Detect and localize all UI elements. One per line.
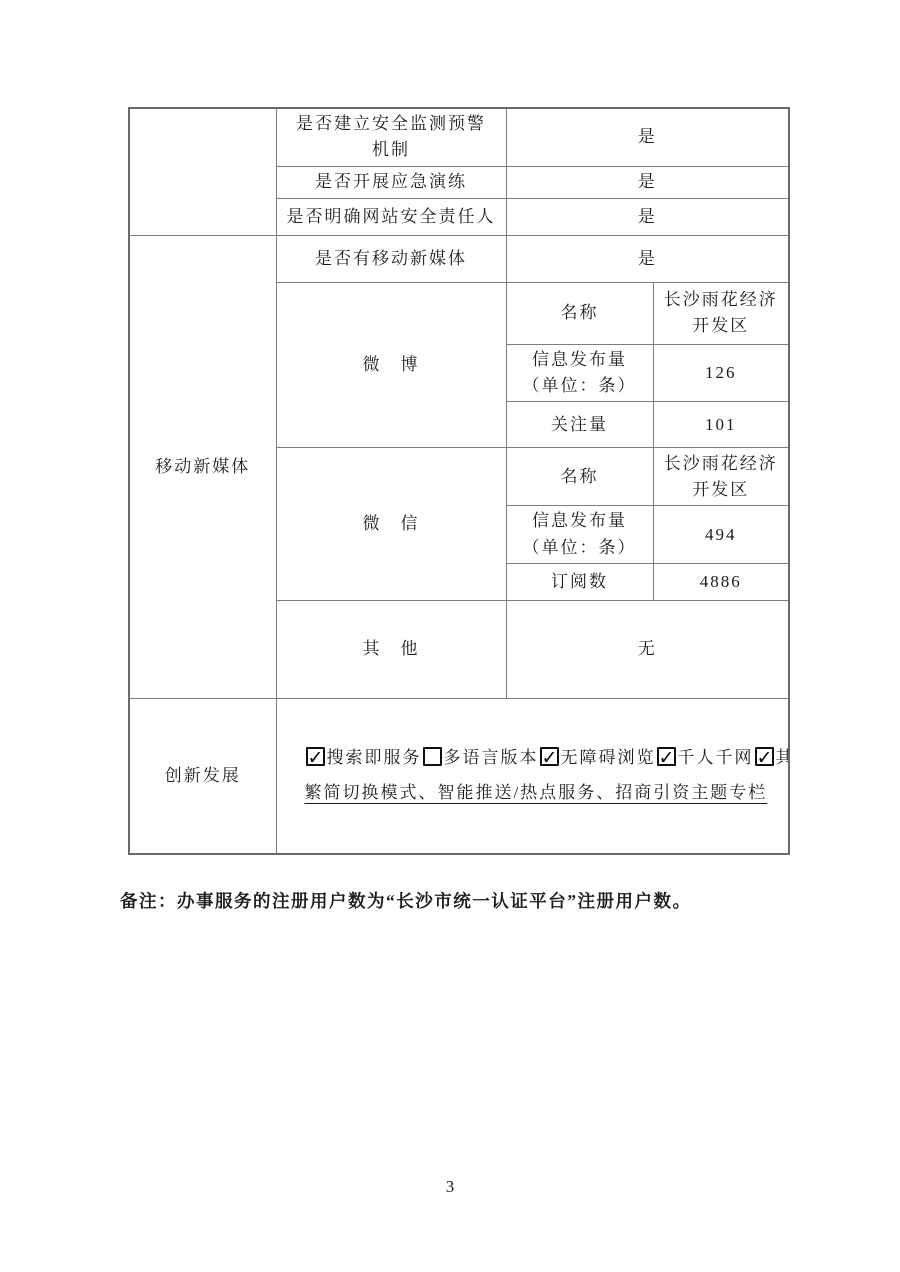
table-row: 创新发展 搜索即服务多语言版本无障碍浏览千人千网其他 繁简切换模式、智能推送/热…: [129, 699, 789, 854]
checkbox-label-multilingual: 多语言版本: [444, 748, 539, 767]
checkbox-icon-other: [755, 747, 774, 766]
wechat-name-value: 长沙雨花经济 开发区: [653, 448, 789, 506]
innovation-detail-text: 繁简切换模式、智能推送/热点服务、招商引资主题专栏: [305, 780, 779, 806]
weibo-followers-value: 101: [653, 402, 789, 448]
group-cell-empty: [129, 108, 276, 235]
checkbox-icon-accessibility: [540, 747, 559, 766]
weibo-posts-label: 信息发布量 （单位：条）: [506, 344, 653, 402]
wechat-label: 微 信: [276, 448, 506, 601]
checkbox-label-accessibility: 无障碍浏览: [561, 748, 656, 767]
report-table: 是否建立安全监测预警 机制 是 是否开展应急演练 是 是否明确网站安全责任人 是…: [128, 107, 790, 855]
question-drill-value: 是: [506, 166, 789, 198]
wechat-posts-label: 信息发布量 （单位：条）: [506, 506, 653, 564]
table-row: 移动新媒体 是否有移动新媒体 是: [129, 235, 789, 282]
checkbox-label-personalization: 千人千网: [678, 748, 754, 767]
other-media-label: 其 他: [276, 601, 506, 699]
document-page: 是否建立安全监测预警 机制 是 是否开展应急演练 是 是否明确网站安全责任人 是…: [0, 0, 900, 1272]
page-number: 3: [0, 1177, 900, 1197]
innovation-checkbox-row: 搜索即服务多语言版本无障碍浏览千人千网其他: [305, 745, 779, 771]
footnote: 备注：办事服务的注册用户数为“长沙市统一认证平台”注册用户数。: [120, 888, 820, 913]
wechat-subscribers-value: 4886: [653, 564, 789, 601]
checkbox-icon-multilingual: [423, 747, 442, 766]
wechat-posts-value: 494: [653, 506, 789, 564]
group-cell-mobile-media: 移动新媒体: [129, 235, 276, 698]
wechat-name-label: 名称: [506, 448, 653, 506]
question-drill-label: 是否开展应急演练: [276, 166, 506, 198]
checkbox-label-search-service: 搜索即服务: [327, 748, 422, 767]
question-monitoring-value: 是: [506, 108, 789, 166]
question-monitoring-label: 是否建立安全监测预警 机制: [276, 108, 506, 166]
question-responsible-label: 是否明确网站安全责任人: [276, 198, 506, 235]
checkbox-label-other: 其他: [776, 748, 790, 767]
weibo-label: 微 博: [276, 282, 506, 448]
innovation-content-cell: 搜索即服务多语言版本无障碍浏览千人千网其他 繁简切换模式、智能推送/热点服务、招…: [276, 699, 789, 854]
weibo-followers-label: 关注量: [506, 402, 653, 448]
group-cell-innovation: 创新发展: [129, 699, 276, 854]
checkbox-icon-search-service: [306, 747, 325, 766]
weibo-name-label: 名称: [506, 282, 653, 344]
table-row: 是否建立安全监测预警 机制 是: [129, 108, 789, 166]
other-media-value: 无: [506, 601, 789, 699]
has-mobile-label: 是否有移动新媒体: [276, 235, 506, 282]
weibo-posts-value: 126: [653, 344, 789, 402]
checkbox-icon-personalization: [657, 747, 676, 766]
wechat-subscribers-label: 订阅数: [506, 564, 653, 601]
weibo-name-value: 长沙雨花经济 开发区: [653, 282, 789, 344]
has-mobile-value: 是: [506, 235, 789, 282]
question-responsible-value: 是: [506, 198, 789, 235]
